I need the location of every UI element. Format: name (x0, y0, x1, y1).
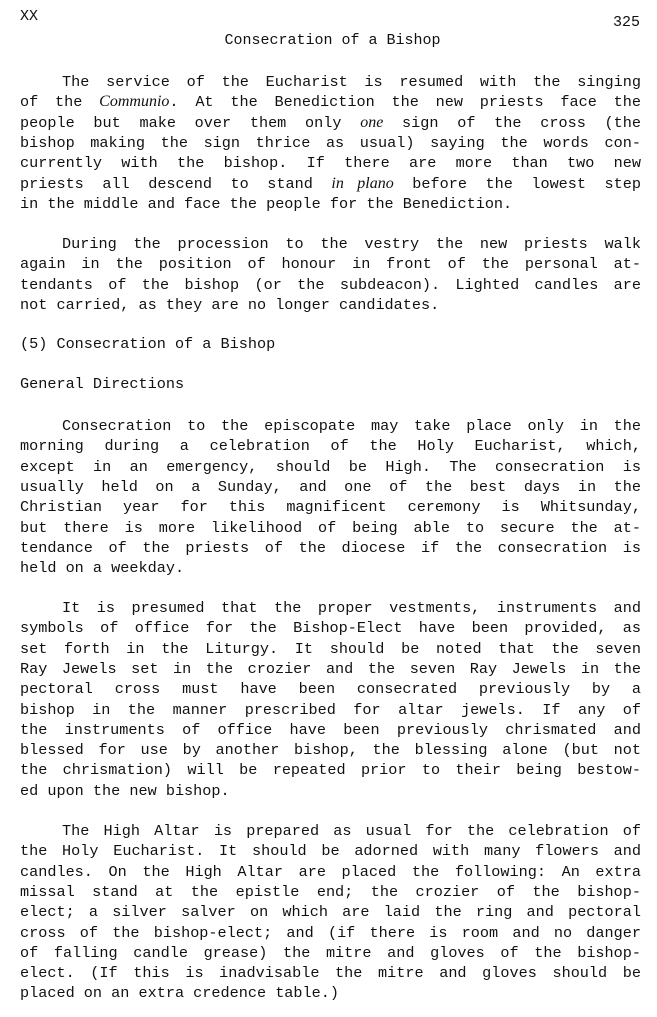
text-line: cross of the bishop-elect; and (if there… (20, 923, 641, 943)
text-line: blessed for use by another bishop, the b… (20, 740, 641, 760)
text-line: usually held on a Sunday, and one of the… (20, 477, 641, 497)
text-line: except in an emergency, should be High. … (20, 457, 641, 477)
document-page: XX 325 Consecration of a Bishop The serv… (0, 0, 657, 1017)
italic-term: Communio (99, 93, 169, 110)
text-line: elect; a silver salver on which are laid… (20, 902, 641, 922)
text-line: again in the position of honour in front… (20, 254, 641, 274)
text-line: of falling candle grease) the mitre and … (20, 943, 641, 963)
text-line: the instruments of office have been prev… (20, 720, 641, 740)
text-line: currently with the bishop. If there are … (20, 153, 641, 173)
text-line: missal stand at the epistle end; the cro… (20, 882, 641, 902)
text-line: in the middle and face the people for th… (20, 194, 641, 214)
text-line: the Holy Eucharist. It should be adorned… (20, 841, 641, 861)
text-line: of the Communio. At the Benediction the … (20, 92, 641, 112)
italic-term: in plano (331, 175, 393, 192)
text-line: Ray Jewels set in the crozier and the se… (20, 659, 641, 679)
chapter-marker: XX (20, 8, 38, 25)
text-line: people but make over them only one sign … (20, 113, 641, 133)
text-line: The service of the Eucharist is resumed … (62, 72, 641, 92)
text-line: not carried, as they are no longer candi… (20, 295, 641, 315)
text-line: set forth in the Liturgy. It should be n… (20, 639, 641, 659)
text-line: tendants of the bishop (or the subdeacon… (20, 275, 641, 295)
text-line: priests all descend to stand in plano be… (20, 174, 641, 194)
text-line: but there is more likelihood of being ab… (20, 518, 641, 538)
text-line: tendance of the priests of the diocese i… (20, 538, 641, 558)
text-line: the chrismation) will be repeated prior … (20, 760, 641, 780)
text-line: candles. On the High Altar are placed th… (20, 862, 641, 882)
text-line: Consecration to the episcopate may take … (62, 416, 641, 436)
text-line: symbols of office for the Bishop-Elect h… (20, 618, 641, 638)
text-line: placed on an extra credence table.) (20, 983, 641, 1003)
text-line: morning during a celebration of the Holy… (20, 436, 641, 456)
text-line: elect. (If this is inadvisable the mitre… (20, 963, 641, 983)
section-heading: (5) Consecration of a Bishop (20, 335, 275, 353)
text-line: ed upon the new bishop. (20, 781, 641, 801)
page-number: 325 (613, 14, 640, 31)
running-title: Consecration of a Bishop (0, 32, 657, 49)
text-line: It is presumed that the proper vestments… (62, 598, 641, 618)
text-line: The High Altar is prepared as usual for … (62, 821, 641, 841)
text-line: During the procession to the vestry the … (62, 234, 641, 254)
text-line: pectoral cross must have been consecrate… (20, 679, 641, 699)
italic-term: one (360, 114, 383, 131)
text-line: held on a weekday. (20, 558, 641, 578)
text-line: bishop making the sign thrice as usual) … (20, 133, 641, 153)
text-line: Christian year for this magnificent cere… (20, 497, 641, 517)
subsection-heading: General Directions (20, 375, 184, 393)
text-line: bishop in the manner prescribed for alta… (20, 700, 641, 720)
